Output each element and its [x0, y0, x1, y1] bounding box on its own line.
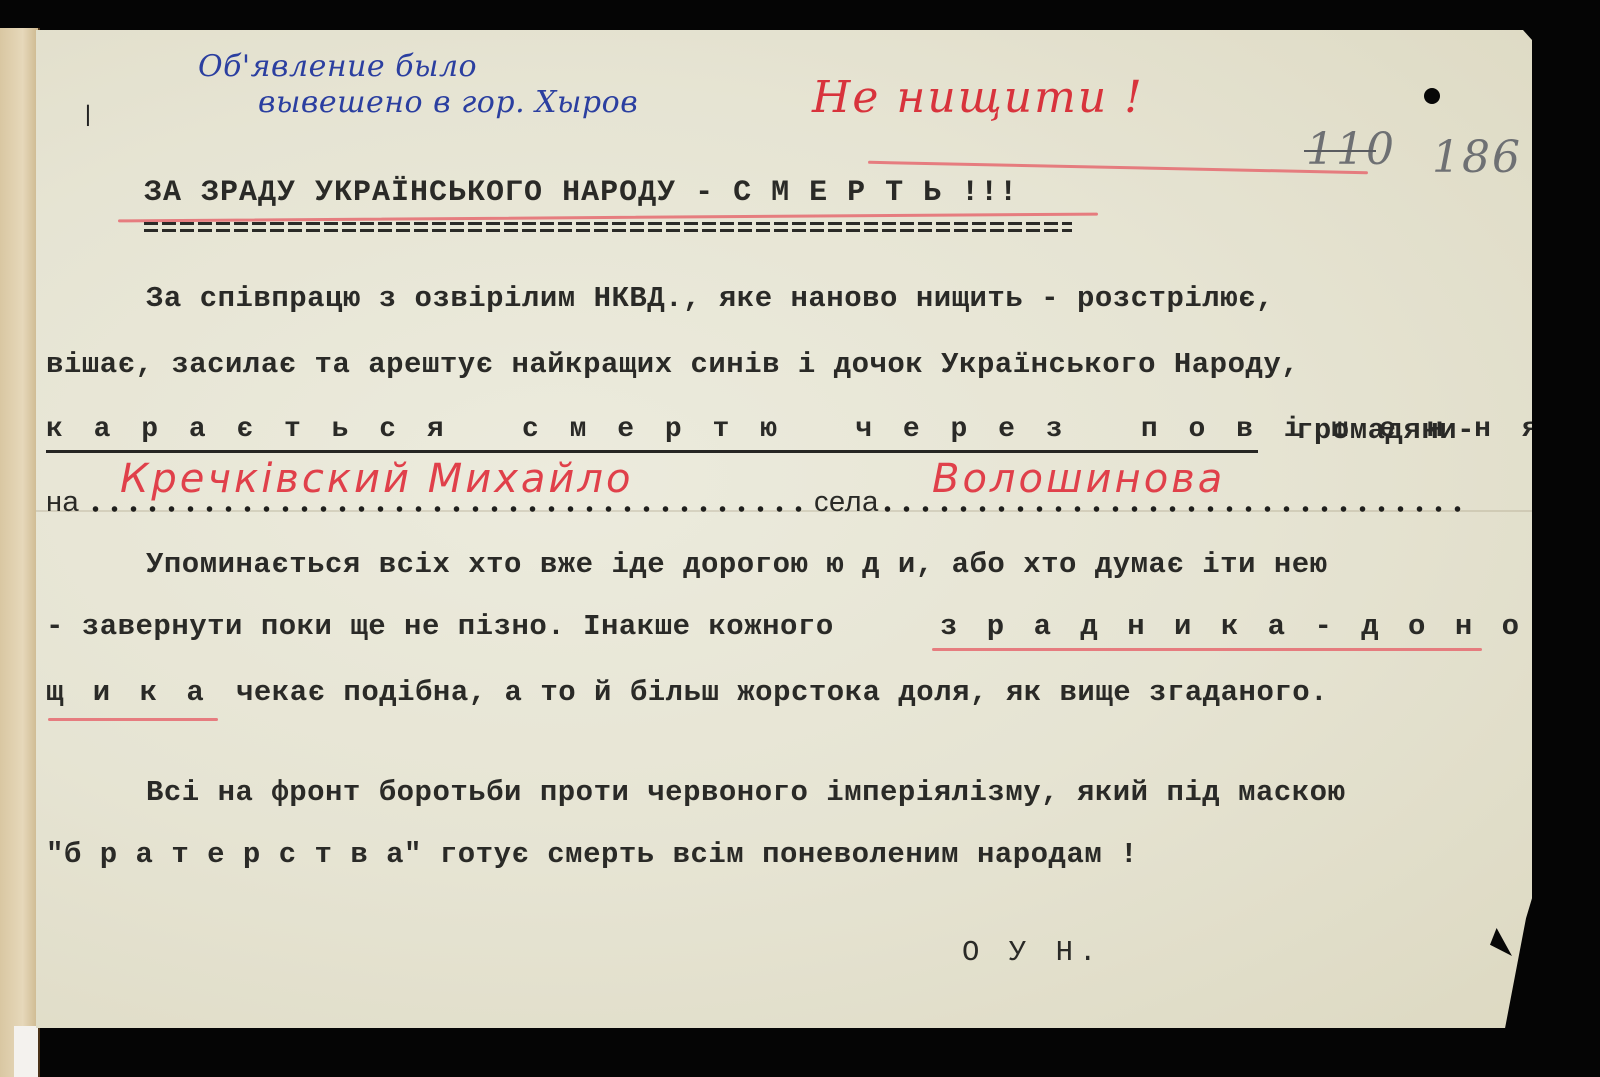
red-pencil-note: Не нищити !	[812, 72, 1144, 123]
red-underline-informer	[48, 718, 218, 721]
red-pencil-underline	[868, 161, 1368, 174]
document-title: ЗА ЗРАДУ УКРАЇНСЬКОГО НАРОДУ - С М Е Р Т…	[144, 176, 1018, 210]
prefix-na: на	[46, 486, 79, 519]
torn-hole	[1490, 928, 1512, 956]
fill-in-dots-village	[878, 506, 1468, 512]
fill-in-dots-name	[86, 506, 806, 512]
punch-hole	[1424, 88, 1440, 104]
handwritten-person-name: Кречківский Михайло	[120, 456, 633, 502]
handwritten-note-line2: вывешено в гор. Хыров	[258, 86, 638, 120]
paper-tab	[14, 1026, 38, 1077]
paragraph-2-line-2b-emphasis: з р а д н и к а - д о н о -	[940, 610, 1532, 643]
black-underline	[46, 450, 1258, 453]
archive-number: 186	[1432, 132, 1522, 183]
paragraph-2-line-2a: - завернути поки ще не пізно. Інакше кож…	[46, 610, 834, 643]
document-sheet: ❘ Об'явление было вывешено в гор. Хыров …	[36, 30, 1532, 1028]
paragraph-1-line-1: За співпрацю з озвірілим НКВД., яке нано…	[146, 282, 1274, 315]
red-title-underline	[118, 213, 1098, 223]
red-underline-traitor	[932, 648, 1482, 651]
paragraph-3-line-1: Всі на фронт боротьби проти червоного ім…	[146, 776, 1346, 809]
paragraph-2-line-3b: чекає подібна, а то й більш жорстока дол…	[236, 676, 1328, 709]
strike-line	[1304, 150, 1376, 152]
paragraph-1-line-2: вішає, засилає та арештує найкращих сині…	[46, 348, 1299, 381]
handwritten-note-line1: Об'явление было	[198, 50, 477, 84]
signature-oun: О У Н.	[962, 936, 1102, 969]
tear-mark: ❘	[80, 100, 96, 131]
paragraph-2-line-3a-emphasis: щ и к а	[46, 676, 210, 709]
label-sela: села	[814, 486, 879, 519]
binding-page-edge	[0, 28, 40, 1077]
title-double-underline	[144, 222, 1072, 232]
paragraph-3-line-2: "б р а т е р с т в а" готує смерть всім …	[46, 838, 1138, 871]
paragraph-1-line-3-rest: громадяни-	[1296, 414, 1475, 447]
paragraph-2-line-1: Упоминається всіх хто вже іде дорогою ю …	[146, 548, 1328, 581]
handwritten-village-name: Волошинова	[932, 456, 1225, 502]
